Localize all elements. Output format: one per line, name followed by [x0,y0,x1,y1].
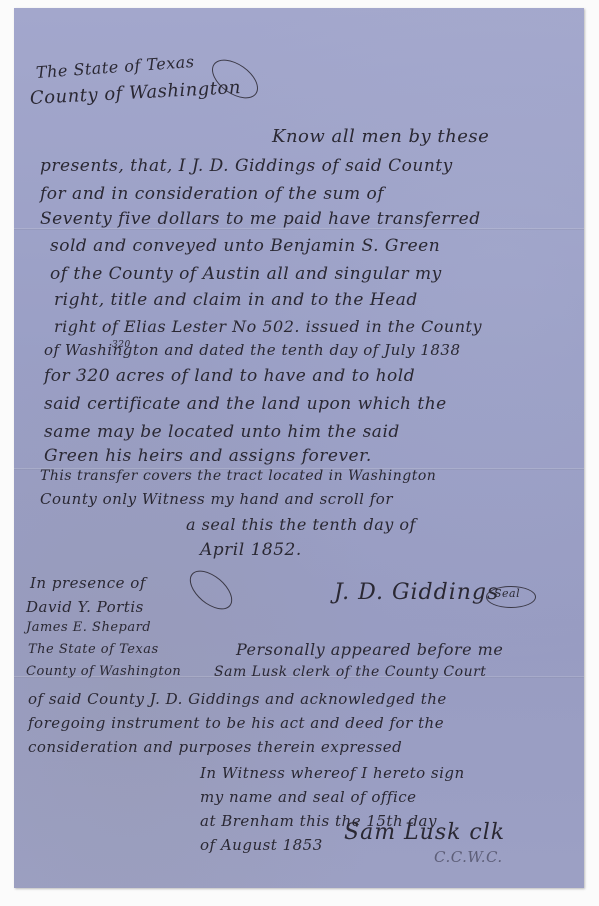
body-line: presents, that, I J. D. Giddings of said… [40,156,453,176]
body-line: This transfer covers the tract located i… [40,468,436,484]
body-line: of Washington and dated the tenth day of… [44,341,461,359]
ack-line: consideration and purposes therein expre… [28,738,402,756]
clerk-title: C.C.W.C. [434,848,503,866]
document-page: The State of Texas County of Washington … [14,8,584,888]
acreage-correction: 320 [112,340,131,350]
date-line: April 1852. [200,540,302,560]
body-line: for 320 acres of land to have and to hol… [44,366,415,386]
ack-line: of said County J. D. Giddings and acknow… [28,690,447,708]
body-line: for and in consideration of the sum of [40,184,384,204]
ack-line: my name and seal of office [200,788,417,806]
ack-heading-county: County of Washington [26,664,181,679]
body-line: said certificate and the land upon which… [44,394,447,414]
body-line: Green his heirs and assigns forever. [44,446,372,466]
witness-name: David Y. Portis [26,598,144,616]
heading-county: County of Washington [29,77,241,109]
ack-line: of August 1853 [200,836,323,854]
ack-line: Personally appeared before me [236,640,503,659]
ack-heading-state: The State of Texas [28,642,159,657]
body-line: Know all men by these [272,126,489,147]
witness-label: In presence of [30,574,146,592]
body-line: right, title and claim in and to the Hea… [54,290,418,310]
body-line: of the County of Austin all and singular… [50,264,442,284]
heading-state: The State of Texas [35,52,195,82]
clerk-signature: Sam Lusk clk [344,820,505,845]
body-line: County only Witness my hand and scroll f… [40,490,393,508]
body-line: a seal this the tenth day of [186,515,416,534]
bracket-flourish-icon [183,563,239,617]
ack-line: In Witness whereof I hereto sign [200,764,465,782]
body-line: same may be located unto him the said [44,422,400,442]
body-line: right of Elias Lester No 502. issued in … [54,317,482,336]
ack-line: Sam Lusk clerk of the County Court [214,664,486,680]
grantor-signature: J. D. Giddings [334,580,499,605]
body-line: Seventy five dollars to me paid have tra… [40,209,481,229]
seal-mark: Seal [494,587,520,600]
ack-line: foregoing instrument to be his act and d… [28,714,444,732]
witness-name: James E. Shepard [26,620,151,635]
body-line: sold and conveyed unto Benjamin S. Green [50,236,440,256]
